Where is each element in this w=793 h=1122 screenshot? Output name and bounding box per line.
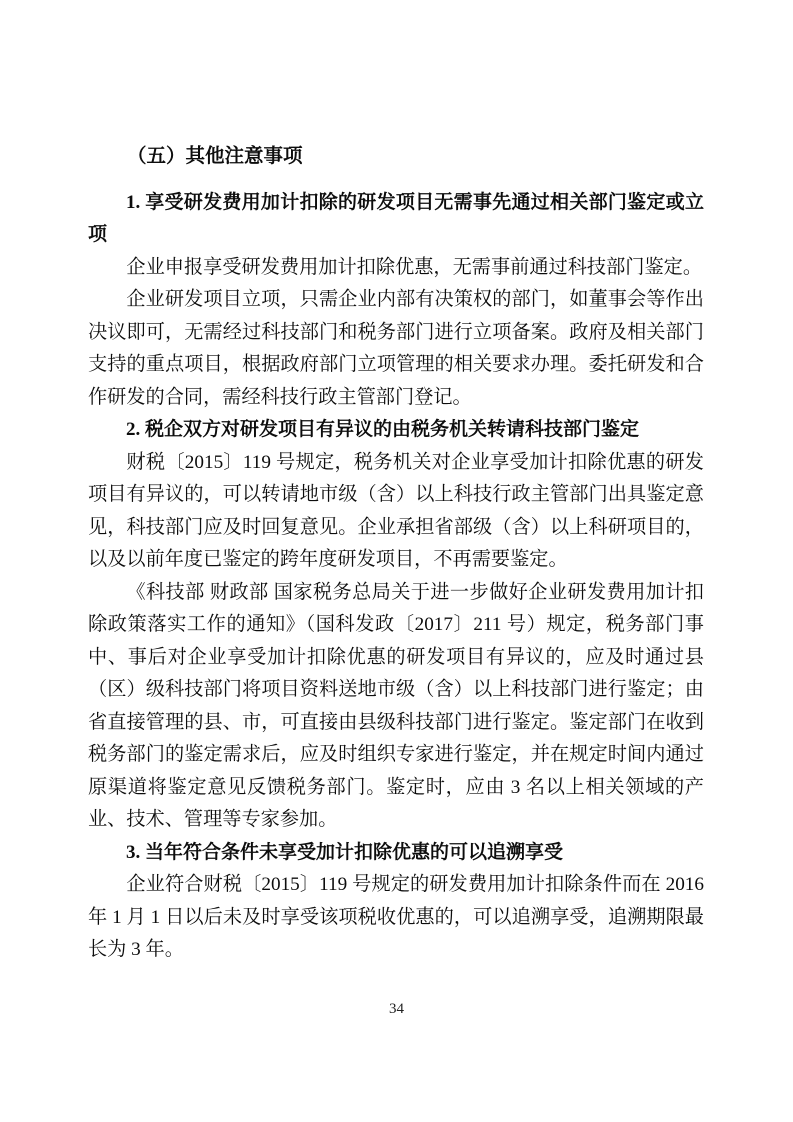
item-2-paragraph-1: 财税〔2015〕119 号规定，税务机关对企业享受加计扣除优惠的研发项目有异议的… [88,447,704,577]
item-2-heading: 2. 税企双方对研发项目有异议的由税务机关转请科技部门鉴定 [88,414,704,447]
item-2-paragraph-2: 《科技部 财政部 国家税务总局关于进一步做好企业研发费用加计扣除政策落实工作的通… [88,577,704,837]
item-1-paragraph-2: 企业研发项目立项，只需企业内部有决策权的部门，如董事会等作出决议即可，无需经过科… [88,284,704,414]
document-page: （五）其他注意事项 1. 享受研发费用加计扣除的研发项目无需事先通过相关部门鉴定… [0,0,793,1122]
document-content: （五）其他注意事项 1. 享受研发费用加计扣除的研发项目无需事先通过相关部门鉴定… [88,141,704,967]
item-1-paragraph-1: 企业申报享受研发费用加计扣除优惠，无需事前通过科技部门鉴定。 [88,252,704,285]
item-3-paragraph-1: 企业符合财税〔2015〕119 号规定的研发费用加计扣除条件而在 2016 年 … [88,869,704,967]
section-heading: （五）其他注意事项 [88,141,704,174]
item-3-heading: 3. 当年符合条件未享受加计扣除优惠的可以追溯享受 [88,837,704,870]
page-number: 34 [0,1001,793,1018]
item-1-heading: 1. 享受研发费用加计扣除的研发项目无需事先通过相关部门鉴定或立项 [88,187,704,252]
